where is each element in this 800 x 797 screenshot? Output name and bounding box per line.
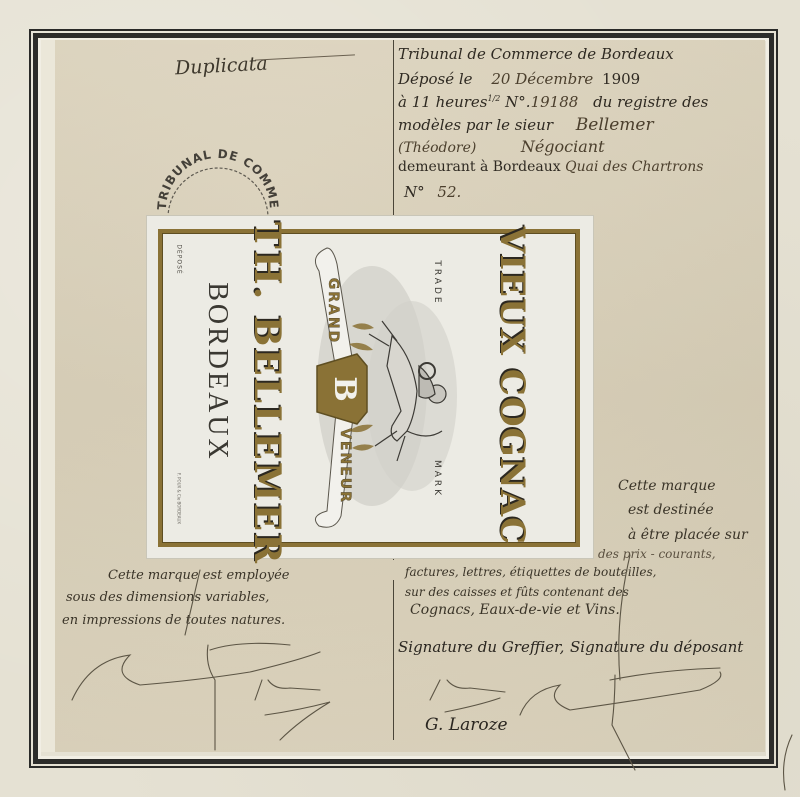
cognac-label: DÉPOSÉ F. POUX & Cie BORDEAUX BORDEAUX T… xyxy=(147,216,593,558)
clerk-signature-label: Signature du Greffier, xyxy=(398,638,564,656)
firstname-line: (Théodore) Négociant xyxy=(398,137,605,156)
depositor-firstname: (Théodore) xyxy=(398,140,476,156)
label-mark: MARK xyxy=(432,454,442,504)
label-printer: F. POUX & Cie BORDEAUX xyxy=(177,459,182,539)
label-brand-name: TH. BELLEMER xyxy=(246,222,288,552)
destination-line-2: est destinée xyxy=(628,502,714,518)
court-name: Tribunal de Commerce de Bordeaux xyxy=(398,45,674,63)
time-prefix: à 11 heures xyxy=(398,93,488,111)
destination-line-4: des prix - courants, xyxy=(598,547,716,561)
usage-line-1: Cette marque est employée xyxy=(108,568,290,583)
residence-street: Quai des Chartrons xyxy=(565,159,703,175)
svg-text:TRIBUNAL DE COMMERCE: TRIBUNAL DE COMMERCE xyxy=(148,130,281,210)
street-number-line: N° 52. xyxy=(404,183,461,201)
usage-line-2: sous des dimensions variables, xyxy=(66,590,269,605)
deposited-prefix: Déposé le xyxy=(398,70,473,88)
registration-number: 19188 xyxy=(531,93,579,111)
street-number-prefix: N° xyxy=(404,183,425,201)
models-text: modèles par le sieur xyxy=(398,116,553,134)
label-product: VIEUX COGNAC xyxy=(492,221,532,551)
destination-line-5: factures, lettres, étiquettes de bouteil… xyxy=(405,565,656,579)
destination-line-7: Cognacs, Eaux-de-vie et Vins. xyxy=(410,602,620,618)
residence-line: demeurant à Bordeaux Quai des Chartrons xyxy=(398,159,704,175)
label-depose: DÉPOSÉ xyxy=(176,240,183,280)
deposited-year: 1909 xyxy=(602,70,640,88)
destination-line-3: à être placée sur xyxy=(628,527,748,543)
time-line: à 11 heures1/2 N°.19188 du registre des xyxy=(398,93,708,111)
depositor-surname: Bellemer xyxy=(576,115,654,135)
register-text: du registre des xyxy=(593,93,708,111)
label-monogram: B xyxy=(327,376,362,401)
street-number: 52. xyxy=(437,183,461,201)
column-divider-lower xyxy=(393,580,394,740)
ribbon-top-text: GRAND xyxy=(325,278,341,344)
label-trade: TRADE xyxy=(432,258,442,308)
depositor-signature-label: Signature du déposant xyxy=(570,638,743,656)
usage-line-3: en impressions de toutes natures. xyxy=(62,613,285,628)
destination-line-6: sur des caisses et fûts contenant des xyxy=(405,585,629,599)
clerk-name: G. Laroze xyxy=(425,715,508,735)
ribbon-bottom-text: VENEUR xyxy=(337,428,353,504)
occupation: Négociant xyxy=(521,137,605,156)
stamp-text: TRIBUNAL DE COMMERCE xyxy=(148,130,281,210)
residence-prefix: demeurant à Bordeaux xyxy=(398,159,561,175)
deposit-line: Déposé le 20 Décembre 1909 xyxy=(398,70,640,88)
paper-edge-strip xyxy=(41,40,56,752)
destination-line-1: Cette marque xyxy=(618,478,716,494)
label-city: BORDEAUX xyxy=(201,252,233,492)
time-fraction: 1/2 xyxy=(488,94,501,103)
number-prefix: N°. xyxy=(505,93,530,111)
models-line: modèles par le sieur Bellemer xyxy=(398,115,654,135)
deposited-date: 20 Décembre xyxy=(491,70,593,88)
